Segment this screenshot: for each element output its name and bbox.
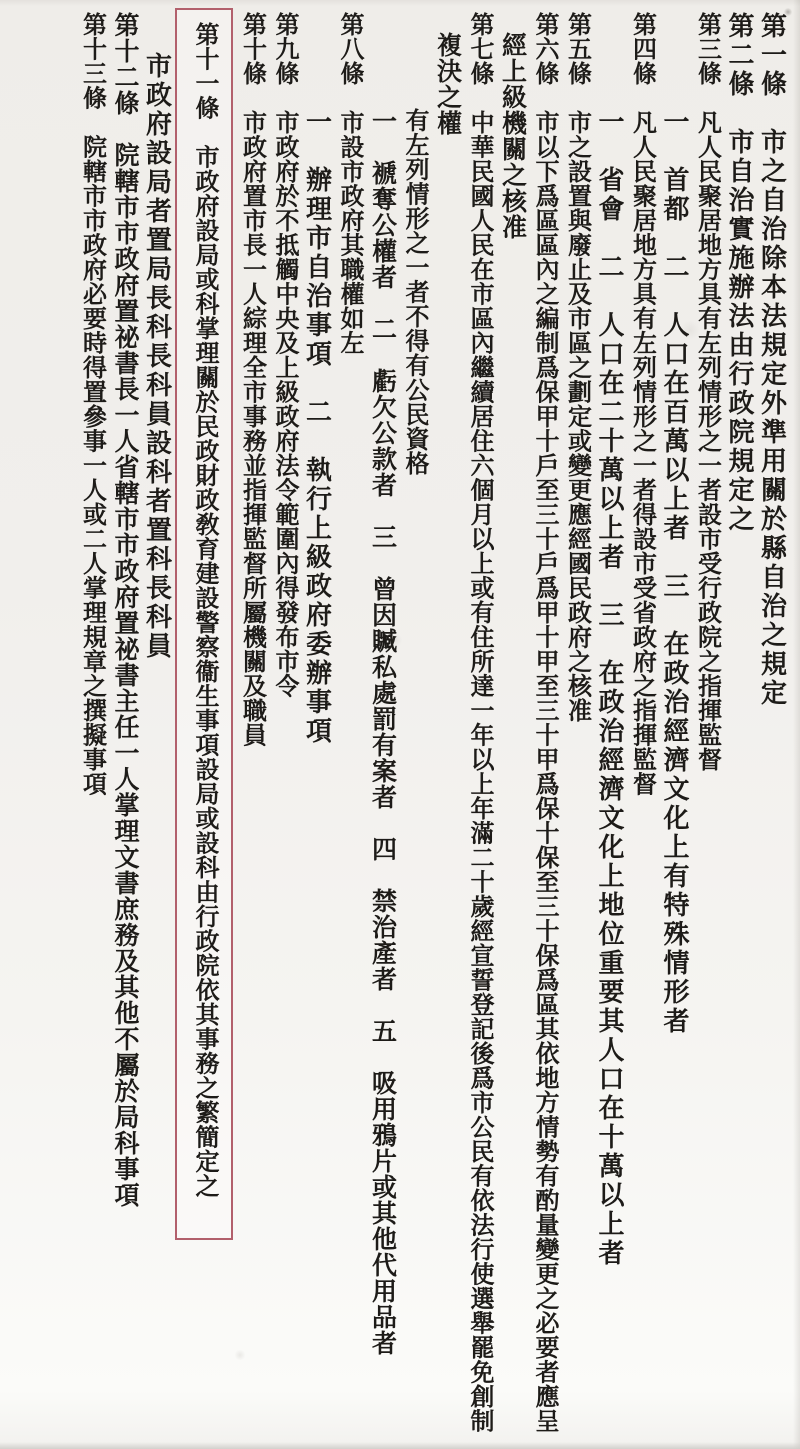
article-4-items-column: 一 省會 二 人口在二十萬以上者 三 在政治經濟文化上地位重要其人口在十萬以上者 (595, 0, 623, 1449)
scanned-page: 第一條 市之自治除本法規定外準用關於縣自治之規定第二條 市自治實施辦法由行政院規… (0, 0, 800, 1449)
article-13-column: 第十三條 院轄市市政府必要時得置參事一人或二人掌理規章之撰擬事項 (78, 0, 106, 1449)
article-10-column: 第十條 市政府置市長一人綜理全市事務並指揮監督所屬機關及職員 (238, 0, 266, 1449)
article-8-items-column: 一 辦理市自治事項 二 執行上級政府委辦事項 (303, 0, 331, 1449)
article-11-column: 第十一條 市政府設局或科掌理關於民政財政敎育建設警察衞生事項設局或設科由行政院依… (190, 10, 218, 1238)
article-9-column: 第九條 市政府於不抵觸中央及上級政府法令範圍內得發布市令 (270, 0, 298, 1449)
article-12-column: 第十二條 院轄市市政府置祕書長一人省轄市市政府置祕書主任一人掌理文書庶務及其他不… (110, 0, 138, 1449)
article-7-items-column: 一 褫奪公權者 二 虧欠公款者 三 曾因贓私處罰有案者 四 禁治產者 五 吸用鴉… (368, 0, 396, 1449)
article-8-column: 第八條 市設市政府其職權如左 (335, 0, 363, 1449)
article-5-column: 第五條 市之設置與廢止及市區之劃定或變更應經國民政府之核准 (563, 0, 591, 1449)
article-7-cont-column: 複決之權 (433, 0, 461, 1449)
article-3-column: 第三條 凡人民聚居地方具有左列情形之一者設市受行政院之指揮監督 (693, 0, 721, 1449)
article-7-para-column: 有左列情形之一者不得有公民資格 (400, 0, 428, 1449)
article-3-items-column: 一 首都 二 人口在百萬以上者 三 在政治經濟文化上有特殊情形者 (660, 0, 688, 1449)
article-6-column: 第六條 市以下爲區區內之編制爲保甲十戶至三十戶爲甲十甲至三十甲爲保十保至三十保爲… (530, 0, 558, 1449)
article-7-column: 第七條 中華民國人民在市區內繼續居住六個月以上或有住所達一年以上年滿二十歲經宣誓… (465, 0, 493, 1449)
columns-host: 第一條 市之自治除本法規定外準用關於縣自治之規定第二條 市自治實施辦法由行政院規… (78, 0, 786, 1449)
article-11-para-column: 市政府設局者置局長科長科員設科者置科長科員 (143, 0, 171, 1449)
article-1-column: 第一條 市之自治除本法規定外準用關於縣自治之規定 (758, 0, 786, 1449)
highlight-box: 第十一條 市政府設局或科掌理關於民政財政敎育建設警察衞生事項設局或設科由行政院依… (175, 8, 233, 1240)
article-2-column: 第二條 市自治實施辦法由行政院規定之 (725, 0, 753, 1449)
article-6-cont-column: 經上級機關之核准 (498, 0, 526, 1449)
article-4-column: 第四條 凡人民聚居地方具有左列情形之一者得設市受省政府之指揮監督 (628, 0, 656, 1449)
